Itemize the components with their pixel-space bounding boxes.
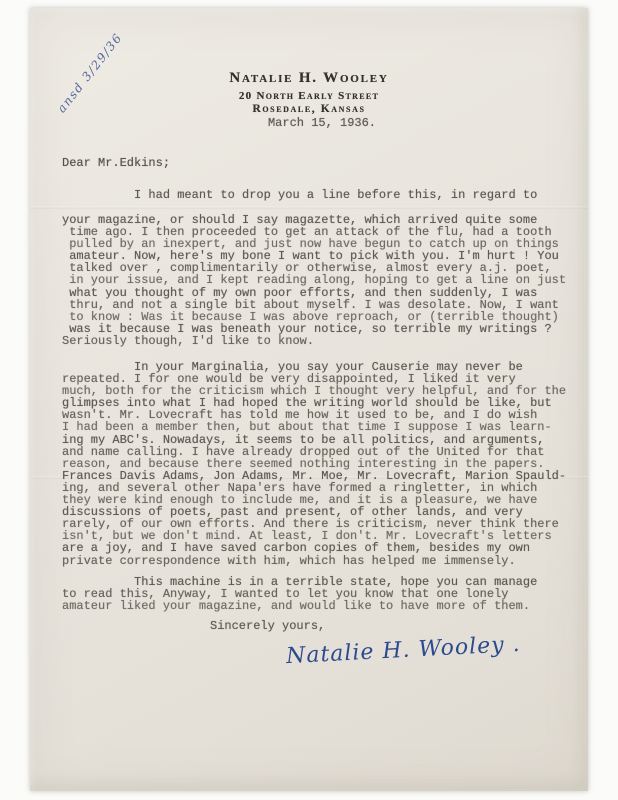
closing-line: Sincerely yours, <box>210 620 325 632</box>
letterhead: Natalie H. Wooley 20 North Early Street … <box>30 70 588 115</box>
typed-line: in your issue, and I kept reading along,… <box>62 274 566 286</box>
letterhead-name: Natalie H. Wooley <box>30 70 588 87</box>
typed-line: ing my ABC's. Nowadays, it seems to be a… <box>62 434 566 446</box>
typed-line: what you thought of my own poor efforts,… <box>62 287 566 299</box>
typed-line: Seriously though, I'd like to know. <box>62 335 566 347</box>
typed-line: are a joy, and I have saved carbon copie… <box>62 542 566 554</box>
date-line: March 15, 1936. <box>30 117 588 129</box>
letterhead-address: 20 North Early Street <box>30 90 588 102</box>
letter-page: ansd 3/29/36 Natalie H. Wooley 20 North … <box>30 8 588 791</box>
paragraph-1: your magazine, or should I say magazette… <box>62 214 566 347</box>
typed-line: amateur liked your magazine, and would l… <box>62 600 537 612</box>
salutation: Dear Mr.Edkins; <box>62 157 170 169</box>
paragraph-3: This machine is in a terrible state, hop… <box>62 576 537 612</box>
paragraph-2: In your Marginalia, you say your Causeri… <box>62 361 566 567</box>
typed-line: I had been a member then, but about that… <box>62 421 566 433</box>
scanned-letter: ansd 3/29/36 Natalie H. Wooley 20 North … <box>0 0 618 800</box>
signature-handwritten: Natalie H. Wooley . <box>286 632 522 669</box>
letterhead-city: Rosedale, Kansas <box>30 103 588 115</box>
typed-line: I had meant to drop you a line before th… <box>62 189 537 201</box>
paper-crease <box>30 206 588 209</box>
typed-line: thru, and not a single bit about myself.… <box>62 299 566 311</box>
typed-line: and name calling. I have already dropped… <box>62 446 566 458</box>
paragraph-1-indent-line: I had meant to drop you a line before th… <box>62 189 537 201</box>
typed-line: private correspondence with him, which h… <box>62 555 566 567</box>
